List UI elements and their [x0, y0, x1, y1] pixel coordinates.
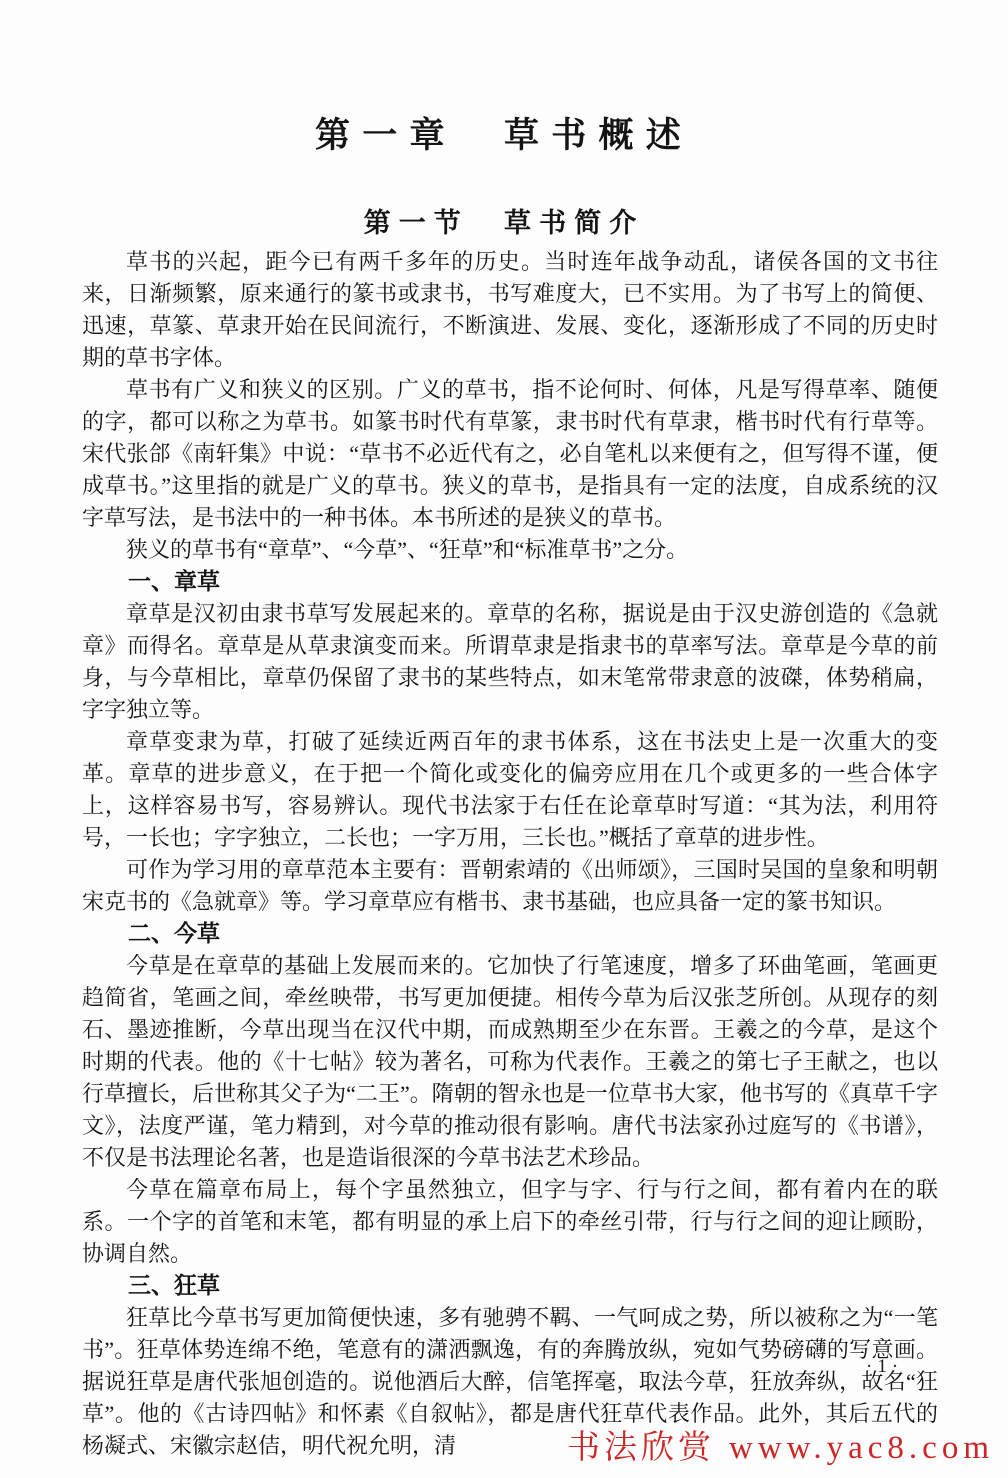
paragraph-four-types: 狭义的草书有“章草”、“今草”、“狂草”和“标准草书”之分。: [82, 534, 938, 566]
paragraph-jincao-layout: 今草在篇章布局上，每个字虽然独立，但字与字、行与行之间，都有着内在的联系。一个字…: [82, 1174, 938, 1270]
chapter-title: 第一章 草书概述: [0, 108, 1008, 158]
heading-zhangcao: 一、章草: [82, 566, 938, 598]
paragraph-broad-vs-narrow: 草书有广义和狭义的区别。广义的草书，指不论何时、何体，凡是写得草率、随便的字，都…: [82, 374, 938, 534]
watermark-site-name: 书法欣赏: [567, 1430, 715, 1466]
watermark: 书法欣赏www.yac8.com: [567, 1421, 994, 1468]
paragraph-zhangcao-progress: 章草变隶为草，打破了延续近两百年的隶书体系，这在书法史上是一次重大的变革。章草的…: [82, 726, 938, 854]
heading-jincao: 二、今草: [82, 918, 938, 950]
page-number: ·1·: [866, 1356, 903, 1378]
watermark-url: www.yac8.com: [729, 1430, 994, 1466]
paragraph-zhangcao-origin: 章草是汉初由隶书草写发展起来的。章草的名称，据说是由于汉史游创造的《急就章》而得…: [82, 598, 938, 726]
paragraph-zhangcao-models: 可作为学习用的章草范本主要有：晋朝索靖的《出师颂》，三国时吴国的皇象和明朝宋克书…: [82, 854, 938, 918]
paragraph-jincao-history: 今草是在章草的基础上发展而来的。它加快了行笔速度，增多了环曲笔画，笔画更趋简省，…: [82, 950, 938, 1174]
body-text: 草书的兴起，距今已有两千多年的历史。当时连年战争动乱，诸侯各国的文书往来，日渐频…: [82, 246, 938, 1462]
paragraph-origin-history: 草书的兴起，距今已有两千多年的历史。当时连年战争动乱，诸侯各国的文书往来，日渐频…: [82, 246, 938, 374]
section-title: 第一节 草书简介: [0, 201, 1008, 240]
heading-kuangcao: 三、狂草: [82, 1270, 938, 1302]
scanned-book-page: 第一章 草书概述 第一节 草书简介 草书的兴起，距今已有两千多年的历史。当时连年…: [0, 0, 1008, 1478]
